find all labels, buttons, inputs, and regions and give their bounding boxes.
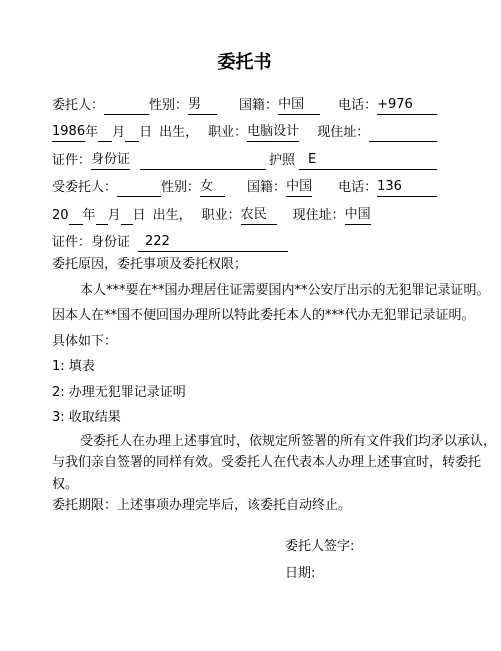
authorization-line-1: 受委托人在办理上述事宜时，依规定所签署的所有文件我们均矛以承认，	[52, 431, 492, 453]
agent-year-blank	[69, 206, 83, 225]
client-row-birth: 1986 年 月 日 出生， 职业： 电脑设计 现住址：	[52, 115, 437, 143]
agent-born-label: 出生，	[153, 207, 192, 225]
client-occupation-value: 电脑设计	[247, 123, 299, 142]
agent-phone-value: 136	[377, 178, 437, 197]
client-phone-label: 电话：	[338, 97, 377, 115]
agent-occupation-label: 职业：	[202, 207, 241, 225]
reason-line-2: 因本人在**国不便回国办理所以特此委托本人的***代办无犯罪记录证明。	[52, 303, 492, 329]
date-label: 日期:	[285, 560, 501, 587]
client-month-blank	[98, 123, 112, 142]
agent-id-type: 身份证	[91, 234, 130, 252]
client-address-label: 现住址：	[317, 124, 369, 142]
client-name-blank	[104, 96, 149, 115]
agent-year-label: 年	[83, 207, 96, 225]
task-item-3: 3: 收取结果	[52, 405, 492, 431]
client-born-label: 出生，	[159, 124, 198, 142]
agent-row-birth: 20 年 月 日 出生， 职业： 农民 现住址： 中国	[52, 197, 437, 225]
client-row-id: 证件： 身份证 护照 E	[52, 142, 437, 170]
agent-day-label: 日	[133, 207, 146, 225]
task-item-1: 1: 填表	[52, 354, 492, 380]
agent-address-label: 现住址：	[293, 207, 345, 225]
authorization-line-2: 与我们亲自签署的同样有效。受委托人在代表本人办理上述事宜时，转委托	[52, 452, 492, 474]
agent-birth-year-prefix: 20	[52, 207, 69, 225]
agent-gender-value: 女	[200, 178, 225, 197]
document-page: 委托书 委托人： 性别： 男 国籍： 中国 电话： +976 1986 年 月 …	[0, 0, 501, 651]
client-day-label: 日	[139, 124, 152, 142]
agent-row-main: 受委托人： 性别： 女 国籍： 中国 电话： 136	[52, 170, 437, 198]
client-address-blank	[369, 141, 437, 142]
details-heading: 具体如下：	[52, 329, 492, 355]
signature-block: 委托人签字: 日期:	[285, 533, 501, 587]
agent-nationality-value: 中国	[286, 178, 312, 197]
client-label: 委托人：	[52, 97, 104, 115]
form-section: 委托人： 性别： 男 国籍： 中国 电话： +976 1986 年 月 日 出生…	[52, 87, 437, 252]
client-birth-year-value: 1986	[52, 123, 85, 142]
agent-nationality-label: 国籍：	[247, 179, 286, 197]
agent-row-id: 证件： 身份证 222	[52, 225, 437, 253]
client-passport-value: E	[299, 151, 437, 170]
agent-phone-label: 电话：	[338, 179, 377, 197]
agent-label: 受委托人：	[52, 179, 117, 197]
agent-name-blank	[117, 178, 161, 197]
agent-gender-label: 性别：	[161, 179, 200, 197]
client-gender-value: 男	[188, 96, 217, 115]
document-title: 委托书	[52, 52, 437, 74]
agent-id-number-value: 222	[138, 233, 288, 252]
task-item-2: 2: 办理无犯罪记录证明	[52, 380, 492, 406]
reason-line-1: 本人***要在**国办理居住证需要国内**公安厅出示的无犯罪记录证明。	[52, 278, 492, 304]
agent-month-label: 月	[108, 207, 121, 225]
agent-occupation-value: 农民	[241, 206, 277, 225]
client-id-label: 证件：	[52, 152, 91, 170]
reason-section: 委托原因，委托事项及委托权限； 本人***要在**国办理居住证需要国内**公安厅…	[52, 252, 492, 431]
authorization-line-3: 权。	[52, 474, 492, 496]
client-year-label: 年	[85, 124, 98, 142]
agent-day-blank	[121, 206, 133, 225]
client-occupation-label: 职业：	[208, 124, 247, 142]
authorization-section: 受委托人在办理上述事宜时，依规定所签署的所有文件我们均矛以承认， 与我们亲自签署…	[52, 431, 492, 517]
client-month-label: 月	[112, 124, 125, 142]
agent-id-label: 证件：	[52, 234, 91, 252]
client-id-number-blank	[140, 151, 266, 170]
client-gender-label: 性别：	[149, 97, 188, 115]
reason-heading: 委托原因，委托事项及委托权限；	[52, 252, 492, 278]
term-line: 委托期限：上述事项办理完毕后，该委托自动终止。	[52, 495, 492, 517]
client-nationality-value: 中国	[278, 96, 320, 115]
agent-address-value: 中国	[345, 206, 371, 225]
agent-month-blank	[96, 206, 108, 225]
client-nationality-label: 国籍：	[239, 97, 278, 115]
client-id-type: 身份证	[91, 151, 130, 170]
client-passport-label: 护照	[269, 152, 295, 170]
client-phone-value: +976	[377, 96, 437, 115]
signature-label: 委托人签字:	[285, 533, 501, 560]
client-row-main: 委托人： 性别： 男 国籍： 中国 电话： +976	[52, 87, 437, 115]
client-day-blank	[125, 123, 139, 142]
